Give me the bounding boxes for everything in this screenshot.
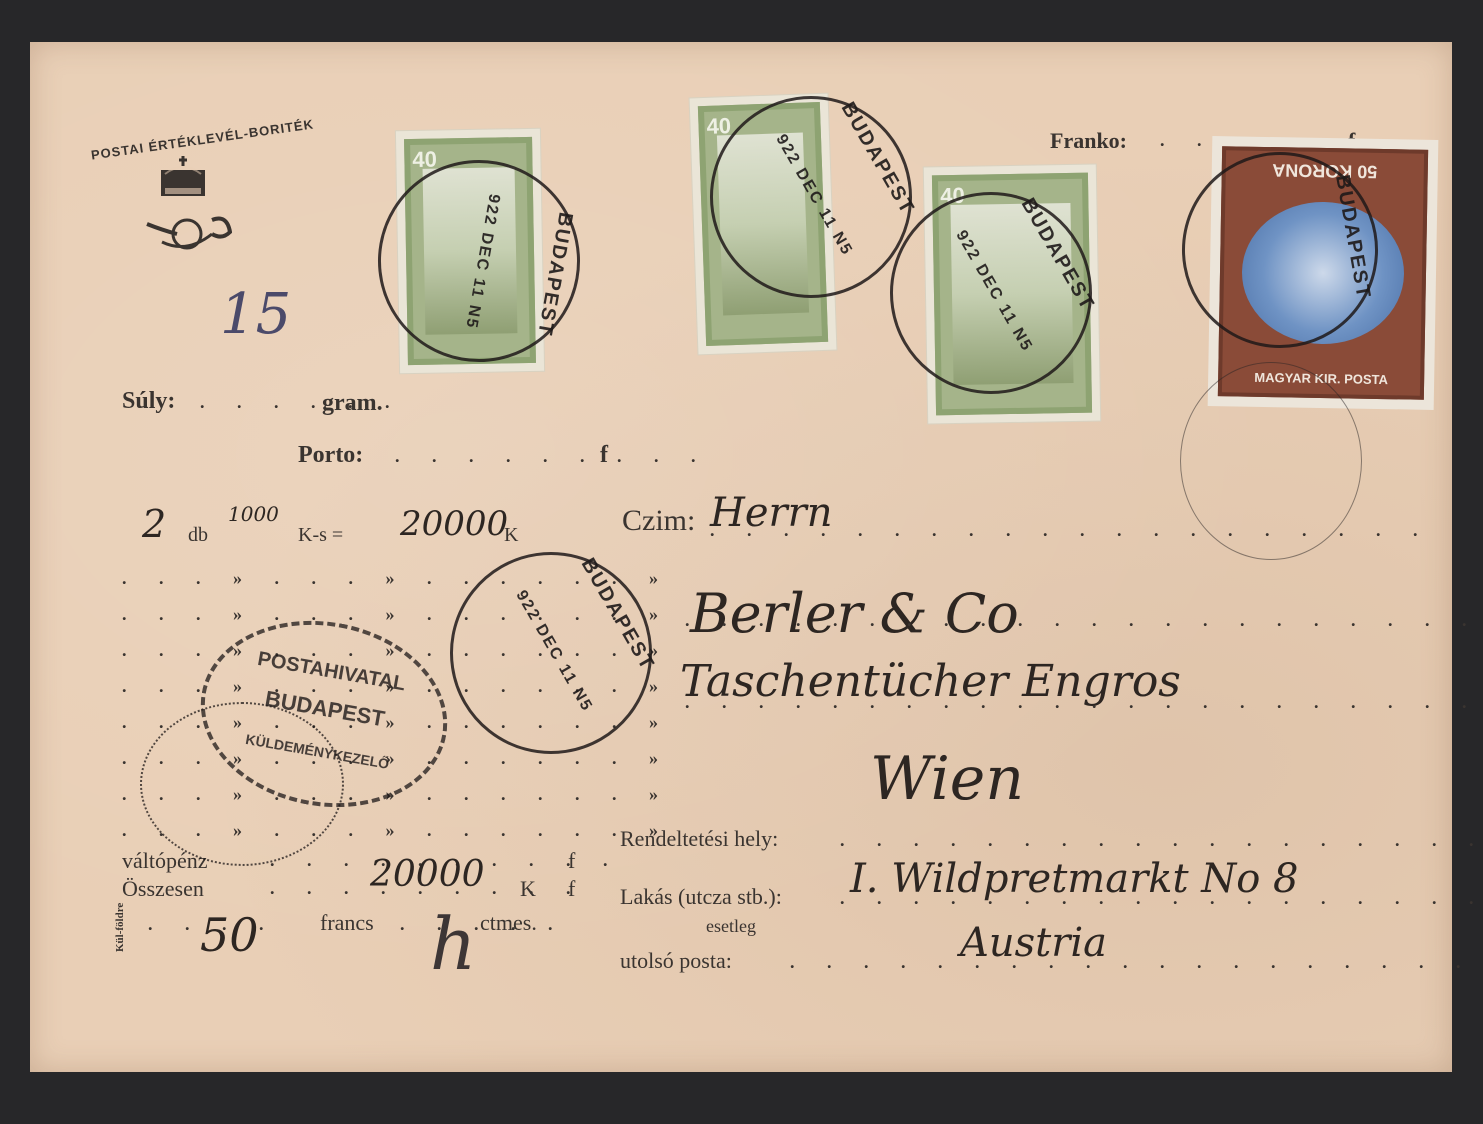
ks-label: K-s = <box>298 524 343 547</box>
line1-dots: . . . . . . . . . . . . . . . . . . . . … <box>685 610 1483 631</box>
osszesen-label: Összesen <box>122 876 204 902</box>
pencil-note: 15 <box>220 282 291 347</box>
valtopenz-unit: f <box>568 848 575 874</box>
crown-icon <box>155 154 211 202</box>
francs-dots: . . . . <box>148 914 278 935</box>
envelope: POSTAI ÉRTÉKLEVÉL-BORITÉK 15 Franko: . .… <box>30 42 1452 1072</box>
address-city: Wien <box>870 744 1024 814</box>
db-denomination: 1000 <box>228 502 279 526</box>
db-label: db <box>188 524 208 547</box>
stamp-value: 40 <box>706 113 731 140</box>
osszesen-unit-f: f <box>568 876 575 902</box>
utolso-label: utolsó posta: <box>620 948 732 974</box>
lakas-label: Lakás (utcza stb.): <box>620 884 782 910</box>
utolso-dots: . . . . . . . . . . . . . . . . . . . . … <box>790 952 1483 973</box>
czim-label: Czim: <box>622 504 695 538</box>
line2-dots: . . . . . . . . . . . . . . . . . . . . … <box>685 692 1483 713</box>
osszesen-value: 20000 <box>370 854 485 895</box>
porto-unit: f <box>600 442 608 469</box>
rendeltetesi-dots: . . . . . . . . . . . . . . . . . . . . … <box>840 830 1483 851</box>
suly-unit: gram. <box>322 390 383 417</box>
ks-unit: K <box>504 524 518 547</box>
suly-label: Súly: <box>122 388 175 415</box>
rendeltetesi-label: Rendeltetési hely: <box>620 826 778 852</box>
porto-dots: . . . . . . . . . <box>395 446 710 467</box>
postmark-faint <box>1180 362 1362 560</box>
kulfold-label: Kül-földre <box>114 892 126 952</box>
esetleg-label: esetleg <box>706 916 756 937</box>
oval-postmark-faint <box>140 702 344 866</box>
osszesen-unit-k: K <box>520 876 536 902</box>
posthorn-icon <box>142 212 232 252</box>
lakas-dots: . . . . . . . . . . . . . . . . . . . . … <box>840 888 1483 909</box>
franko-label: Franko: <box>1050 128 1127 154</box>
stamp-value: 40 <box>412 147 437 173</box>
ks-total: 20000 <box>400 504 508 544</box>
ctmes-label: ctmes. <box>480 910 537 936</box>
signature: h <box>430 902 476 986</box>
porto-label: Porto: <box>298 442 363 469</box>
francs-label: francs <box>320 910 374 936</box>
db-count: 2 <box>142 502 166 546</box>
